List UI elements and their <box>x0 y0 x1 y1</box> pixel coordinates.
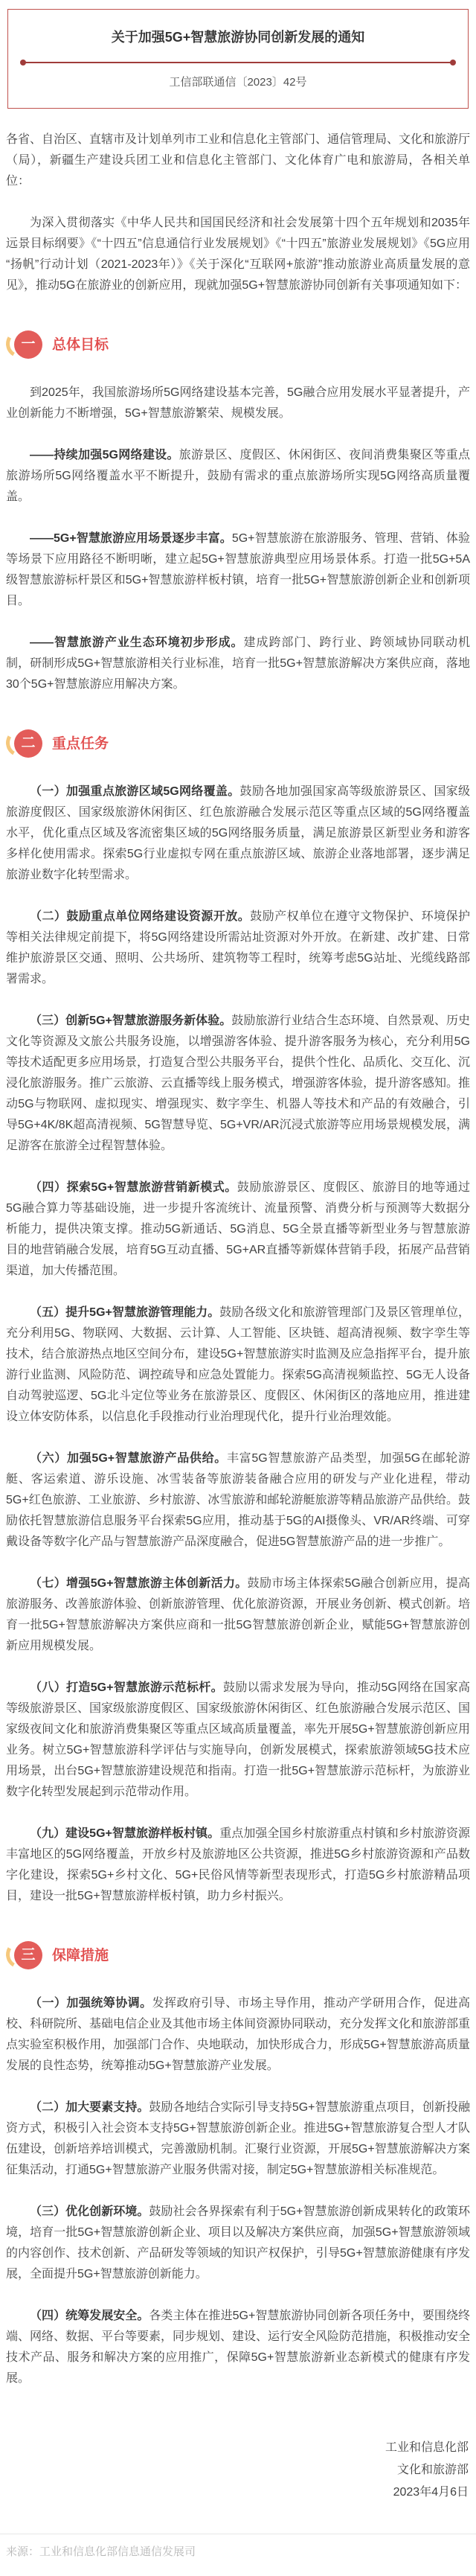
paragraph: ——持续加强5G网络建设。旅游景区、度假区、休闲街区、夜间消费集聚区等重点旅游场… <box>6 445 470 508</box>
paragraph-text: 丰富5G智慧旅游产品类型，加强5G在邮轮游艇、客运索道、游乐设施、冰雪装备等旅游… <box>6 1452 470 1548</box>
paragraph: （八）打造5G+智慧旅游示范标杆。鼓励以需求发展为导向，推动5G网络在国家高等级… <box>6 1678 470 1803</box>
paragraph: 到2025年，我国旅游场所5G网络建设基本完善，5G融合应用发展水平显著提升，产… <box>6 383 470 424</box>
signature-line: 工业和信息化部 <box>6 2437 469 2459</box>
section-heading-3: 三保障措施 <box>6 1940 470 1972</box>
section-number-icon: 一 <box>6 329 45 362</box>
notice-body: 各省、自治区、直辖市及计划单列市工业和信息化主管部门、通信管理局、文化和旅游厅（… <box>0 130 476 2504</box>
paragraph-text: 到2025年，我国旅游场所5G网络建设基本完善，5G融合应用发展水平显著提升，产… <box>6 386 470 420</box>
paragraph: （一）加强统筹协调。发挥政府引导、市场主导作用，推动产学研用合作，促进高校、科研… <box>6 1993 470 2077</box>
paragraph-text: 鼓励旅游景区、度假区、旅游目的地等通过5G融合算力等基础设施，进一步提升客流统计… <box>6 1181 470 1277</box>
salutation: 各省、自治区、直辖市及计划单列市工业和信息化主管部门、通信管理局、文化和旅游厅（… <box>6 130 470 192</box>
section-heading-2: 二重点任务 <box>6 728 470 761</box>
paragraph: （一）加强重点旅游区域5G网络覆盖。鼓励各地加强国家高等级旅游景区、国家级旅游度… <box>6 782 470 886</box>
notice-header-box: 关于加强5G+智慧旅游协同创新发展的通知 工信部联通信〔2023〕42号 <box>7 9 469 109</box>
paragraph-lead: （八）打造5G+智慧旅游示范标杆。 <box>30 1681 223 1694</box>
section-number-badge: 三 <box>14 1941 42 1969</box>
section-number-icon: 三 <box>6 1940 45 1972</box>
paragraph: （三）优化创新环境。鼓励社会各界探索有利于5G+智慧旅游创新成果转化的政策环境，… <box>6 2202 470 2285</box>
paragraph-lead: ——持续加强5G网络建设。 <box>30 449 179 461</box>
paragraph-text: 鼓励旅游行业结合生态环境、自然景观、历史文化等资源及文旅公共服务设施，以增强游客… <box>6 1014 470 1152</box>
source-line: 来源：工业和信息化部信息通信发展司 <box>0 2534 476 2564</box>
paragraph-text: 鼓励各级文化和旅游管理部门及景区管理单位，充分利用5G、物联网、大数据、云计算、… <box>6 1306 470 1423</box>
paragraph: （六）加强5G+智慧旅游产品供给。丰富5G智慧旅游产品类型，加强5G在邮轮游艇、… <box>6 1448 470 1553</box>
signature-line: 2023年4月6日 <box>6 2481 469 2504</box>
divider-dot-right <box>450 60 456 65</box>
paragraph-lead: （四）统筹发展安全。 <box>30 2310 149 2322</box>
section-title: 重点任务 <box>52 734 109 755</box>
paragraph-lead: （六）加强5G+智慧旅游产品供给。 <box>30 1452 227 1465</box>
paragraph-lead: （五）提升5G+智慧旅游管理能力。 <box>30 1306 219 1319</box>
section-number-icon: 二 <box>6 728 45 761</box>
footer: 来源：工业和信息化部信息通信发展司 <box>0 2534 476 2564</box>
doc-number: 工信部联通信〔2023〕42号 <box>16 74 460 92</box>
paragraph: ——5G+智慧旅游应用场景逐步丰富。5G+智慧旅游在旅游服务、管理、营销、体验等… <box>6 528 470 612</box>
paragraph: ——智慧旅游产业生态环境初步形成。建成跨部门、跨行业、跨领域协同联动机制，研制形… <box>6 633 470 695</box>
intro-paragraph: 为深入贯彻落实《中华人民共和国国民经济和社会发展第十四个五年规划和2035年远景… <box>6 213 470 296</box>
divider-dot-left <box>20 60 26 65</box>
signature-line: 文化和旅游部 <box>6 2459 469 2481</box>
section-title: 保障措施 <box>52 1946 109 1966</box>
paragraph-lead: （三）创新5G+智慧旅游服务新体验。 <box>30 1014 231 1027</box>
section-number-badge: 二 <box>14 729 42 758</box>
paragraph: （四）探索5G+智慧旅游营销新模式。鼓励旅游景区、度假区、旅游目的地等通过5G融… <box>6 1177 470 1282</box>
title-divider <box>22 62 454 63</box>
signature-block: 工业和信息化部文化和旅游部2023年4月6日 <box>6 2437 470 2504</box>
paragraph: （三）创新5G+智慧旅游服务新体验。鼓励旅游行业结合生态环境、自然景观、历史文化… <box>6 1011 470 1157</box>
paragraph: （四）统筹发展安全。各类主体在推进5G+智慧旅游协同创新各项任务中，要围绕终端、… <box>6 2306 470 2389</box>
paragraph-lead: （二）加大要素支持。 <box>30 2101 149 2114</box>
paragraph-lead: （四）探索5G+智慧旅游营销新模式。 <box>30 1181 237 1194</box>
notice-page: 关于加强5G+智慧旅游协同创新发展的通知 工信部联通信〔2023〕42号 各省、… <box>0 0 476 2576</box>
paragraph-lead: ——智慧旅游产业生态环境初步形成。 <box>30 636 244 649</box>
paragraph-lead: （一）加强重点旅游区域5G网络覆盖。 <box>30 785 240 798</box>
paragraph: （五）提升5G+智慧旅游管理能力。鼓励各级文化和旅游管理部门及景区管理单位，充分… <box>6 1303 470 1428</box>
notice-title: 关于加强5G+智慧旅游协同创新发展的通知 <box>16 22 460 50</box>
paragraph-lead: ——5G+智慧旅游应用场景逐步丰富。 <box>30 532 232 545</box>
paragraph-lead: （九）建设5G+智慧旅游样板村镇。 <box>30 1827 219 1840</box>
paragraph-text: 鼓励各地加强国家高等级旅游景区、国家级旅游度假区、国家级旅游休闲街区、红色旅游融… <box>6 785 470 881</box>
section-title: 总体目标 <box>52 335 109 356</box>
section-number-badge: 一 <box>14 330 42 359</box>
paragraph-lead: （一）加强统筹协调。 <box>30 1997 152 2010</box>
paragraph: （二）加大要素支持。鼓励各地结合实际引导支持5G+智慧旅游重点项目，创新投融资方… <box>6 2097 470 2181</box>
paragraph-lead: （七）增强5G+智慧旅游主体创新活力。 <box>30 1577 248 1590</box>
section-heading-1: 一总体目标 <box>6 329 470 362</box>
paragraph-text: 鼓励以需求发展为导向，推动5G网络在国家高等级旅游景区、国家级旅游度假区、国家级… <box>6 1681 470 1798</box>
paragraph: （七）增强5G+智慧旅游主体创新活力。鼓励市场主体探索5G融合创新应用，提高旅游… <box>6 1573 470 1657</box>
paragraph: （二）鼓励重点单位网络建设资源开放。鼓励产权单位在遵守文物保护、环境保护等相关法… <box>6 907 470 990</box>
paragraph-lead: （三）优化创新环境。 <box>30 2205 149 2218</box>
paragraph-lead: （二）鼓励重点单位网络建设资源开放。 <box>30 910 250 923</box>
paragraph: （九）建设5G+智慧旅游样板村镇。重点加强全国乡村旅游重点村镇和乡村旅游资源丰富… <box>6 1824 470 1907</box>
sections: 一总体目标到2025年，我国旅游场所5G网络建设基本完善，5G融合应用发展水平显… <box>6 329 470 2389</box>
